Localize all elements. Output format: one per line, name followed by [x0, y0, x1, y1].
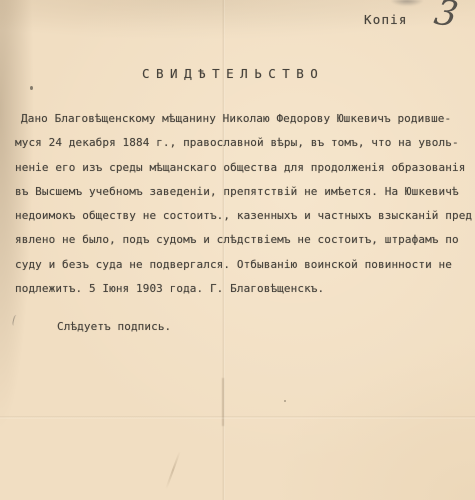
- document-title: СВИДѢТЕЛЬСТВО: [142, 66, 324, 81]
- ink-speck: [30, 86, 33, 90]
- copy-label: Копія: [364, 12, 408, 27]
- document-line: недоимокъ обществу не состоитъ., казенны…: [15, 204, 471, 228]
- scanned-document-page: Копія 3 СВИДѢТЕЛЬСТВО Дано Благовѣщенско…: [0, 0, 475, 500]
- handwritten-page-number: 3: [431, 0, 461, 35]
- vertical-fold-crease-dark-segment: [222, 378, 224, 426]
- pencil-mark: [12, 315, 20, 327]
- document-line: Дано Благовѣщенскому мѣщанину Николаю Фе…: [15, 107, 471, 131]
- document-line: суду и безъ суда не подвергался. Отбыван…: [15, 253, 471, 277]
- document-line: неніе его изъ среды мѣщанскаго общества …: [15, 156, 471, 180]
- document-line: муся 24 декабря 1884 г., православной вѣ…: [15, 131, 471, 155]
- document-line: явлено не было, подъ судомъ и слѣдствіем…: [15, 228, 471, 252]
- document-body: Дано Благовѣщенскому мѣщанину Николаю Фе…: [15, 107, 471, 301]
- document-line: подлежитъ. 5 Іюня 1903 года. Г. Благовѣщ…: [15, 277, 471, 301]
- pencil-smudge: [391, 0, 423, 6]
- horizontal-fold-crease: [0, 416, 475, 419]
- paper-scratch: [165, 451, 180, 489]
- signature-note: Слѣдуетъ подпись.: [57, 320, 171, 333]
- paper-speck: [284, 400, 286, 402]
- document-line: въ Высшемъ учебномъ заведеніи, препятств…: [15, 180, 471, 204]
